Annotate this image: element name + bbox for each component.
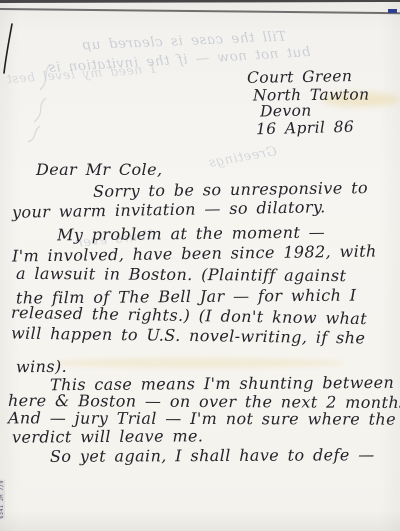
salutation-line: Dear Mr Cole, — [36, 160, 162, 179]
letter-scan-page: 6341 JM 7/9 Till the case is cleared up … — [0, 0, 400, 531]
pen-stroke-top-left — [1, 22, 17, 76]
bleedthrough-squiggle — [20, 58, 62, 144]
scan-top-edge-line-secondary — [0, 8, 400, 14]
handwriting-line: Sorry to be so unresponsive to — [93, 178, 368, 201]
bleedthrough-line: Greetings — [207, 144, 278, 171]
date-line: 16 April 86 — [256, 118, 355, 139]
scan-top-edge-line — [0, 0, 400, 2]
handwriting-line: My problem at the moment — — [57, 223, 325, 245]
handwriting-line: your warm invitation — so dilatory. — [12, 197, 326, 221]
handwriting-line: So yet again, I shall have to defe — — [50, 445, 375, 466]
navy-ink-mark — [388, 9, 397, 13]
handwriting-line: will happen to U.S. novel-writing, if sh… — [11, 324, 366, 348]
handwriting-line: verdict will leave me. — [12, 426, 204, 446]
catalog-stamp: 6341 JM 7/9 — [0, 480, 5, 519]
handwriting-line: I'm involved, have been since 1982, with — [12, 241, 377, 265]
fold-crease-stain — [52, 358, 344, 368]
address-line: Court Green — [247, 67, 353, 87]
address-line: Devon — [260, 102, 312, 121]
handwriting-line: wins). — [16, 357, 67, 376]
handwriting-line: a lawsuit in Boston. (Plaintiff against — [16, 264, 346, 285]
